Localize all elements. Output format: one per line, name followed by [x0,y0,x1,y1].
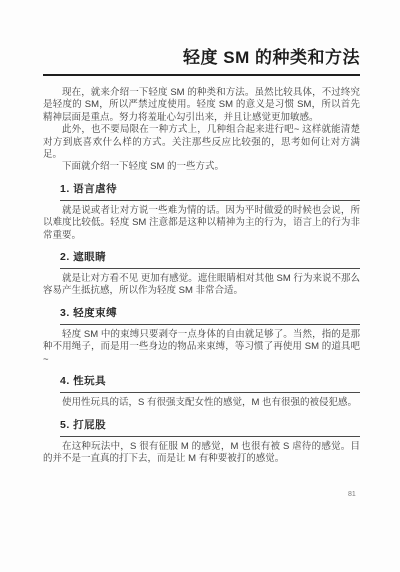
section-heading: 2. 遮眼睛 [60,251,360,269]
page-content: 轻度 SM 的种类和方法 现在，就来介绍一下轻度 SM 的种类和方法。虽然比较具… [43,0,360,465]
section-4: 4. 性玩具 使用性玩具的话，S 有很强支配女性的感觉，M 也有很强的被侵犯感。 [43,375,360,409]
page-number: 81 [348,491,356,498]
intro-paragraph-1: 现在，就来介绍一下轻度 SM 的种类和方法。虽然比较具体，不过终究是轻度的 SM… [43,87,360,124]
section-2: 2. 遮眼睛 就是让对方看不见 更加有感觉。遮住眼睛相对其他 SM 行为来说不那… [43,251,360,298]
section-body: 轻度 SM 中的束缚只要剥夺一点身体的自由就足够了。当然，指的是那种不用绳子，而… [43,329,360,366]
section-3: 3. 轻度束缚 轻度 SM 中的束缚只要剥夺一点身体的自由就足够了。当然，指的是… [43,307,360,366]
section-body: 在这种玩法中，S 很有征服 M 的感觉，M 也很有被 S 虐待的感觉。目的并不是… [43,441,360,466]
section-body: 使用性玩具的话，S 有很强支配女性的感觉，M 也有很强的被侵犯感。 [43,397,360,409]
section-1: 1. 语言虐待 就是说或者让对方说一些难为情的话。因为平时做爱的时候也会说，所以… [43,183,360,242]
section-heading: 4. 性玩具 [60,375,360,393]
section-body: 就是说或者让对方说一些难为情的话。因为平时做爱的时候也会说，所以难度比较低。轻度… [43,205,360,242]
intro-paragraph-3: 下面就介绍一下轻度 SM 的一些方式。 [43,161,360,173]
section-5: 5. 打屁股 在这种玩法中，S 很有征服 M 的感觉，M 也很有被 S 虐待的感… [43,419,360,466]
title-rule [43,74,360,76]
document-page: 轻度 SM 的种类和方法 现在，就来介绍一下轻度 SM 的种类和方法。虽然比较具… [0,0,400,572]
section-heading: 3. 轻度束缚 [60,307,360,325]
section-heading: 5. 打屁股 [60,419,360,437]
intro-paragraph-2: 此外，也不要局限在一种方式上，几种组合起来进行吧~ 这样就能清楚对方到底喜欢什么… [43,124,360,161]
section-heading: 1. 语言虐待 [60,183,360,201]
section-body: 就是让对方看不见 更加有感觉。遮住眼睛相对其他 SM 行为来说不那么容易产生抵抗… [43,273,360,298]
page-title: 轻度 SM 的种类和方法 [43,46,360,69]
